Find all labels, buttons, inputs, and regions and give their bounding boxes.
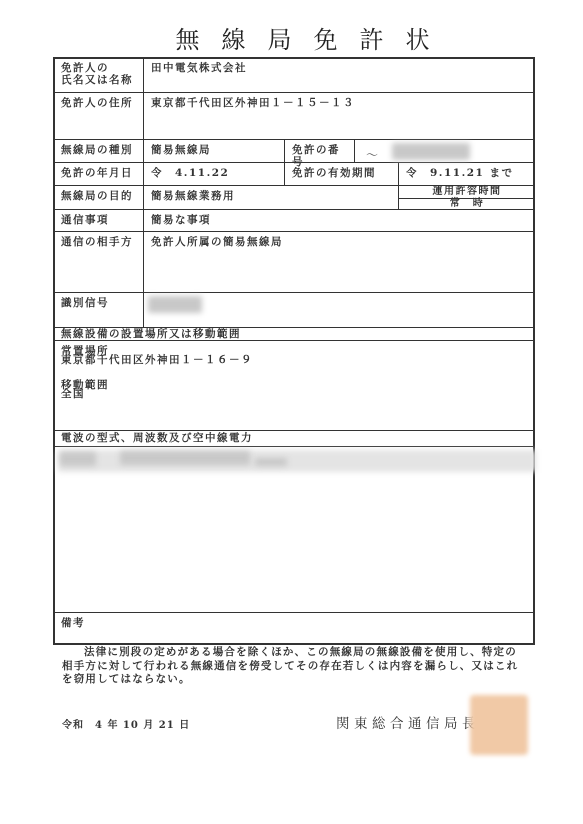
divider <box>143 57 144 327</box>
divider <box>284 139 285 185</box>
legal-notice: 法律に別段の定めがある場合を除くほか、この無線局の無線設備を使用し、特定の相手方… <box>62 646 528 687</box>
communication-party-value: 免許人所属の簡易無線局 <box>145 233 525 251</box>
radio-spec-redacted <box>120 451 250 465</box>
divider <box>398 162 399 209</box>
movement-range-value: 全国 <box>55 388 525 403</box>
licensee-name-label: 免許人の 氏名又は名称 <box>55 59 143 89</box>
communication-items-label: 通信事項 <box>55 211 143 229</box>
license-date-value: 令 4.11.22 <box>145 164 283 182</box>
installation-label: 無線設備の設置場所又は移動範囲 <box>55 327 525 343</box>
divider <box>53 231 535 232</box>
licensee-address-value: 東京都千代田区外神田１－１５－１３ <box>145 94 525 112</box>
divider <box>53 92 535 93</box>
license-date-label: 免許の年月日 <box>55 164 143 182</box>
communication-items-value: 簡易な事項 <box>145 211 525 229</box>
communication-party-label: 通信の相手方 <box>55 233 143 251</box>
issue-date: 令和 4 年 10 月 21 日 <box>62 716 190 731</box>
divider <box>354 139 355 162</box>
official-seal-icon <box>470 695 528 755</box>
document-title: 無線局免許状 <box>0 20 583 55</box>
station-purpose-value: 簡易無線業務用 <box>145 187 395 205</box>
licensee-name-value: 田中電気株式会社 <box>145 59 525 77</box>
operating-hours-value: 常 時 <box>400 198 534 210</box>
call-sign-redacted <box>148 296 202 313</box>
radio-spec-redacted <box>60 452 96 466</box>
divider <box>53 292 535 293</box>
license-number-redacted <box>392 143 470 160</box>
operating-hours-label: 運用許容時間 <box>400 185 534 199</box>
divider <box>53 139 535 140</box>
radio-spec-redacted <box>255 458 287 466</box>
station-purpose-label: 無線局の目的 <box>55 187 143 205</box>
issuer-name: 関東総合通信局長 <box>336 712 480 732</box>
station-type-value: 簡易無線局 <box>145 141 283 159</box>
radio-spec-label: 電波の型式、周波数及び空中線電力 <box>55 431 525 447</box>
validity-period-label: 免許の有効期間 <box>286 164 398 182</box>
validity-period-value: 令 9.11.21 まで <box>400 164 534 182</box>
divider <box>53 612 535 613</box>
call-sign-label: 識別信号 <box>55 294 143 312</box>
station-type-label: 無線局の種別 <box>55 141 143 159</box>
license-number-prefix: ～ <box>366 146 378 163</box>
remarks-label: 備考 <box>55 614 525 632</box>
licensee-address-label: 免許人の住所 <box>55 94 143 112</box>
fixed-location-value: 東京都千代田区外神田１－１６－９ <box>55 354 525 369</box>
